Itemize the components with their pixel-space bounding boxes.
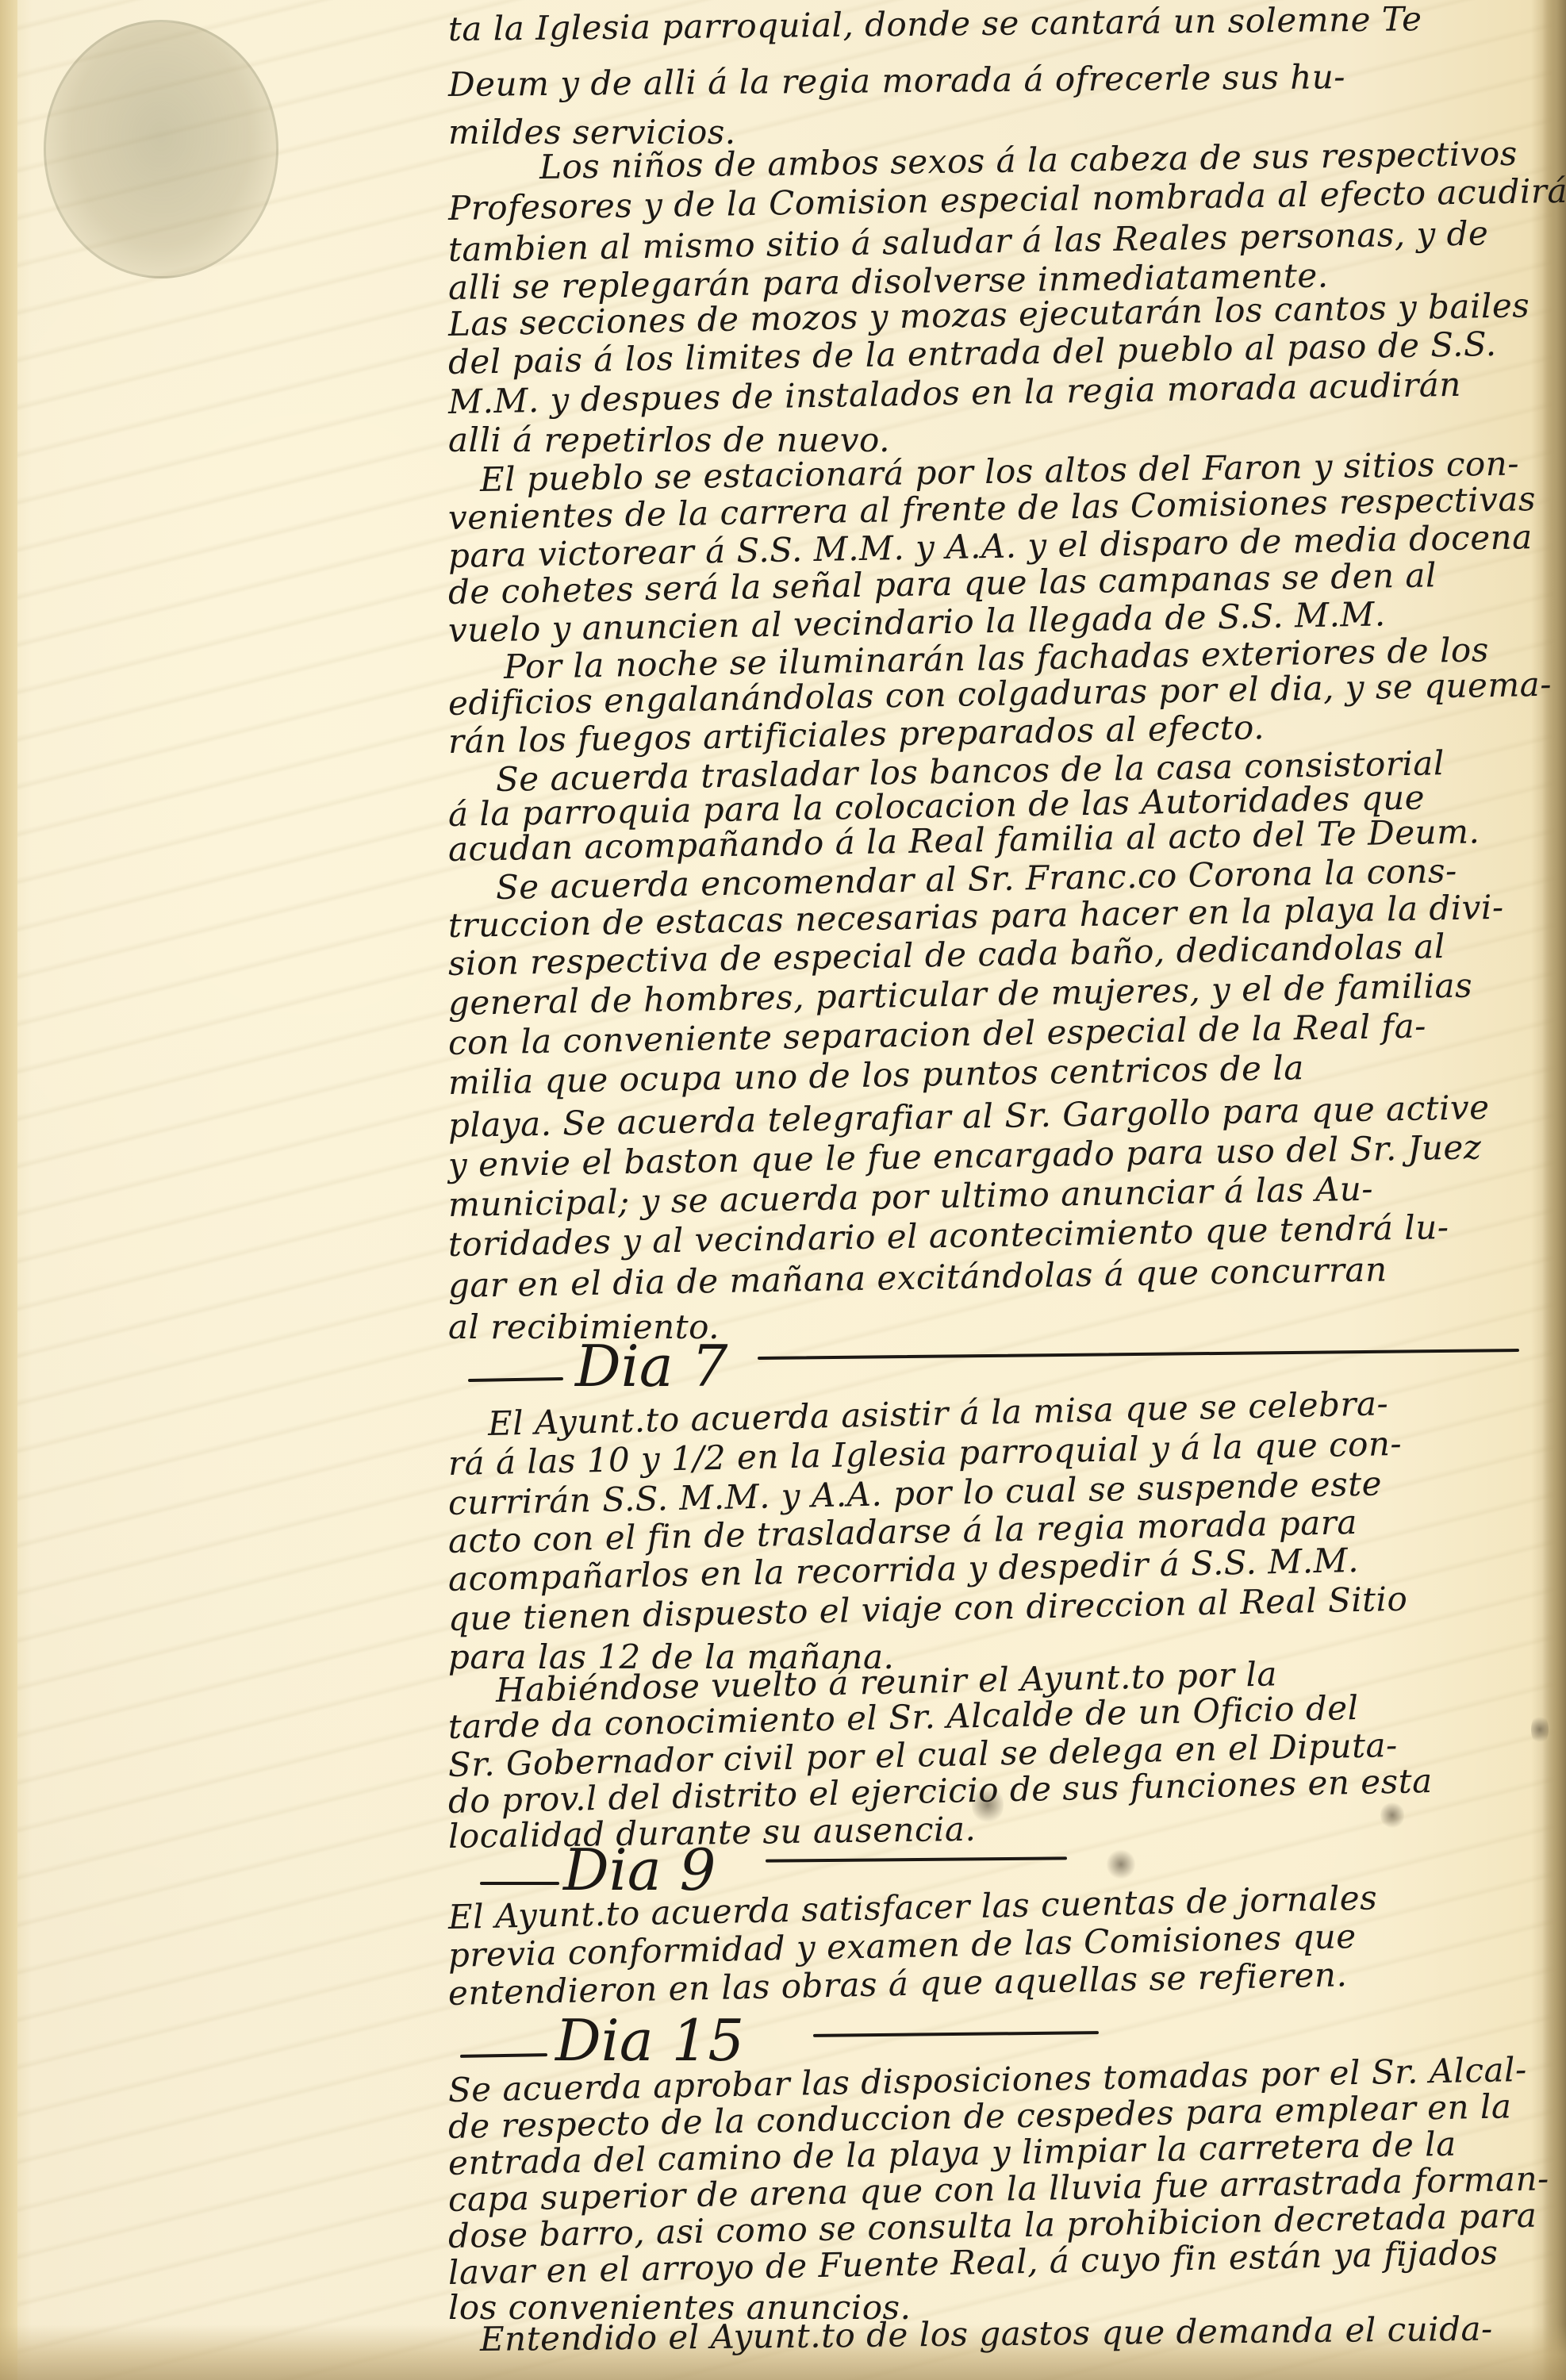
manuscript-page: ta la Iglesia parroquial, donde se canta… (0, 0, 1566, 2380)
ink-blot (1107, 1848, 1135, 1880)
section-heading-dia-7: Dia 7 (575, 1333, 727, 1399)
page-edge-shadow (1542, 0, 1566, 2380)
heading-rule-left (468, 1377, 563, 1382)
heading-rule-left (460, 2053, 547, 2058)
text-line: Deum y de alli á la regia morada á ofrec… (448, 57, 1345, 104)
seal-stamp-icon (44, 20, 278, 278)
section-heading-dia-15: Dia 15 (555, 2007, 744, 2074)
text-line: alli á repetirlos de nuevo. (448, 420, 890, 459)
heading-rule-right (758, 1349, 1519, 1360)
binding-edge (0, 0, 17, 2380)
heading-rule-right (813, 2031, 1099, 2037)
ink-blot (1531, 1714, 1549, 1745)
ink-blot (1380, 1801, 1404, 1829)
heading-rule-right (766, 1856, 1067, 1862)
heading-rule-left (480, 1882, 559, 1885)
text-line: ta la Iglesia parroquial, donde se canta… (448, 0, 1422, 48)
